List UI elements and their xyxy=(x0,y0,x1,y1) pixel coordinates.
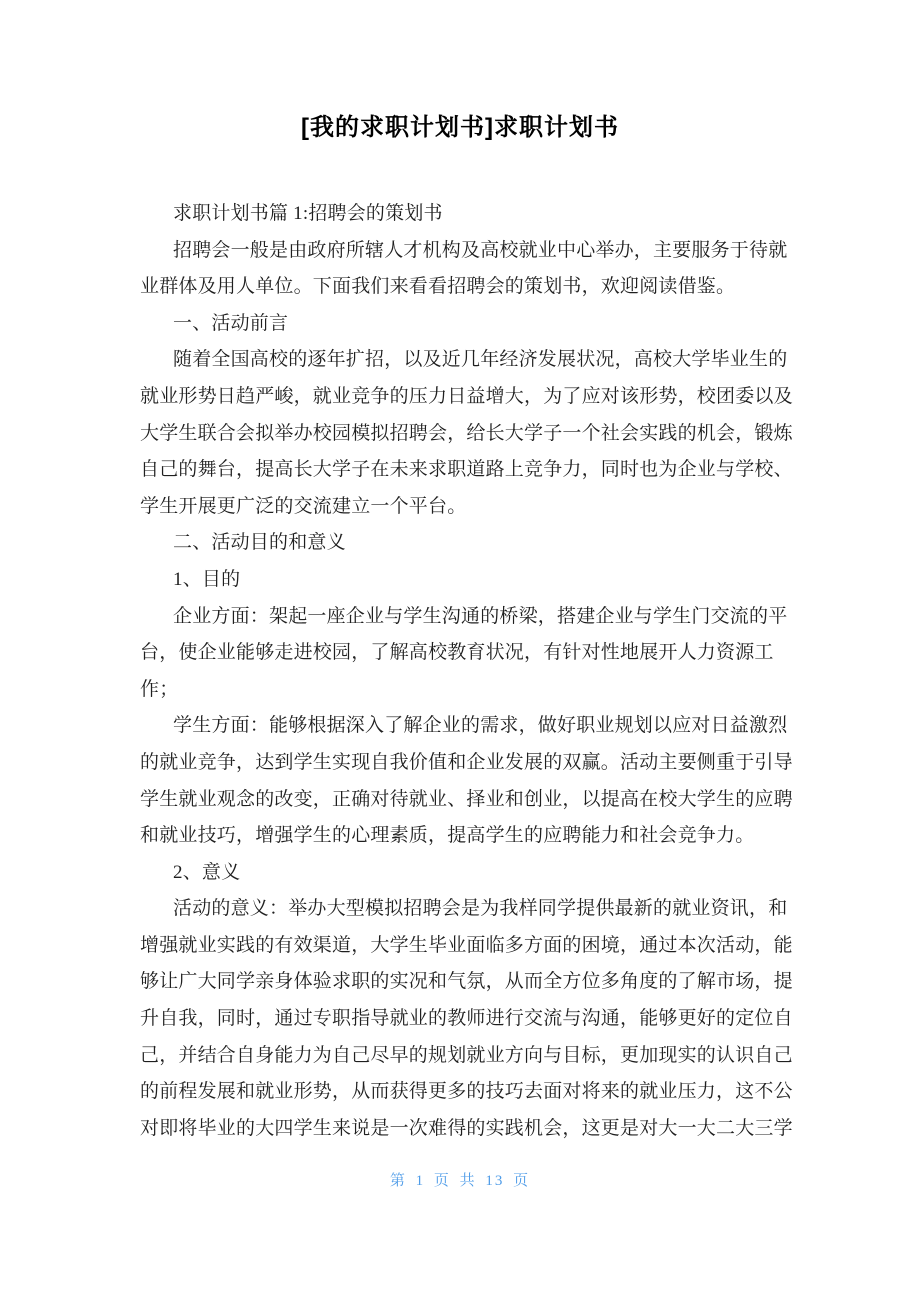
text-line: 己，并结合自身能力为自己尽早的规划就业方向与目标，更加现实的认识自己 xyxy=(140,1038,800,1075)
text-line: 学生就业观念的改变，正确对待就业、择业和创业，以提高在校大学生的应聘 xyxy=(140,782,800,819)
text-line: 一、活动前言 xyxy=(140,306,800,343)
text-line: 二、活动目的和意义 xyxy=(140,525,800,562)
text-line: 企业方面：架起一座企业与学生沟通的桥梁，搭建企业与学生门交流的平 xyxy=(140,599,800,636)
text-line: 自己的舞台，提高长大学子在未来求职道路上竞争力，同时也为企业与学校、 xyxy=(140,452,800,489)
text-line: 和就业技巧，增强学生的心理素质，提高学生的应聘能力和社会竞争力。 xyxy=(140,818,800,855)
text-line: 1、目的 xyxy=(140,562,800,599)
text-line: 随着全国高校的逐年扩招，以及近几年经济发展状况，高校大学毕业生的 xyxy=(140,342,800,379)
text-line: 的就业竞争，达到学生实现自我价值和企业发展的双赢。活动主要侧重于引导 xyxy=(140,745,800,782)
text-line: 活动的意义：举办大型模拟招聘会是为我样同学提供最新的就业资讯，和 xyxy=(140,891,800,928)
text-line: 求职计划书篇 1:招聘会的策划书 xyxy=(140,196,800,233)
text-line: 就业形势日趋严峻，就业竞争的压力日益增大，为了应对该形势，校团委以及 xyxy=(140,379,800,416)
text-line: 台，使企业能够走进校园，了解高校教育状况，有针对性地展开人力资源工 xyxy=(140,635,800,672)
text-line: 学生方面：能够根据深入了解企业的需求，做好职业规划以应对日益激烈 xyxy=(140,708,800,745)
page-footer: 第 1 页 共 13 页 xyxy=(0,1170,920,1192)
text-line: 升自我，同时，通过专职指导就业的教师进行交流与沟通，能够更好的定位自 xyxy=(140,1001,800,1038)
text-line: 增强就业实践的有效渠道，大学生毕业面临多方面的困境，通过本次活动，能 xyxy=(140,928,800,965)
text-line: 学生开展更广泛的交流建立一个平台。 xyxy=(140,489,800,526)
text-line: 大学生联合会拟举办校园模拟招聘会，给长大学子一个社会实践的机会，锻炼 xyxy=(140,416,800,453)
text-line: 业群体及用人单位。下面我们来看看招聘会的策划书，欢迎阅读借鉴。 xyxy=(140,269,800,306)
text-line: 够让广大同学亲身体验求职的实况和气氛，从而全方位多角度的了解市场，提 xyxy=(140,964,800,1001)
document-body: 求职计划书篇 1:招聘会的策划书招聘会一般是由政府所辖人才机构及高校就业中心举办… xyxy=(140,196,800,1147)
text-line: 的前程发展和就业形势，从而获得更多的技巧去面对将来的就业压力，这不公 xyxy=(140,1074,800,1111)
document-title: [我的求职计划书]求职计划书 xyxy=(0,112,920,144)
text-line: 对即将毕业的大四学生来说是一次难得的实践机会，这更是对大一大二大三学 xyxy=(140,1111,800,1148)
text-line: 作； xyxy=(140,672,800,709)
page-indicator: 第 1 页 共 13 页 xyxy=(390,1173,530,1189)
document-page: [我的求职计划书]求职计划书 求职计划书篇 1:招聘会的策划书招聘会一般是由政府… xyxy=(0,0,920,1302)
text-line: 2、意义 xyxy=(140,855,800,892)
text-line: 招聘会一般是由政府所辖人才机构及高校就业中心举办，主要服务于待就 xyxy=(140,233,800,270)
